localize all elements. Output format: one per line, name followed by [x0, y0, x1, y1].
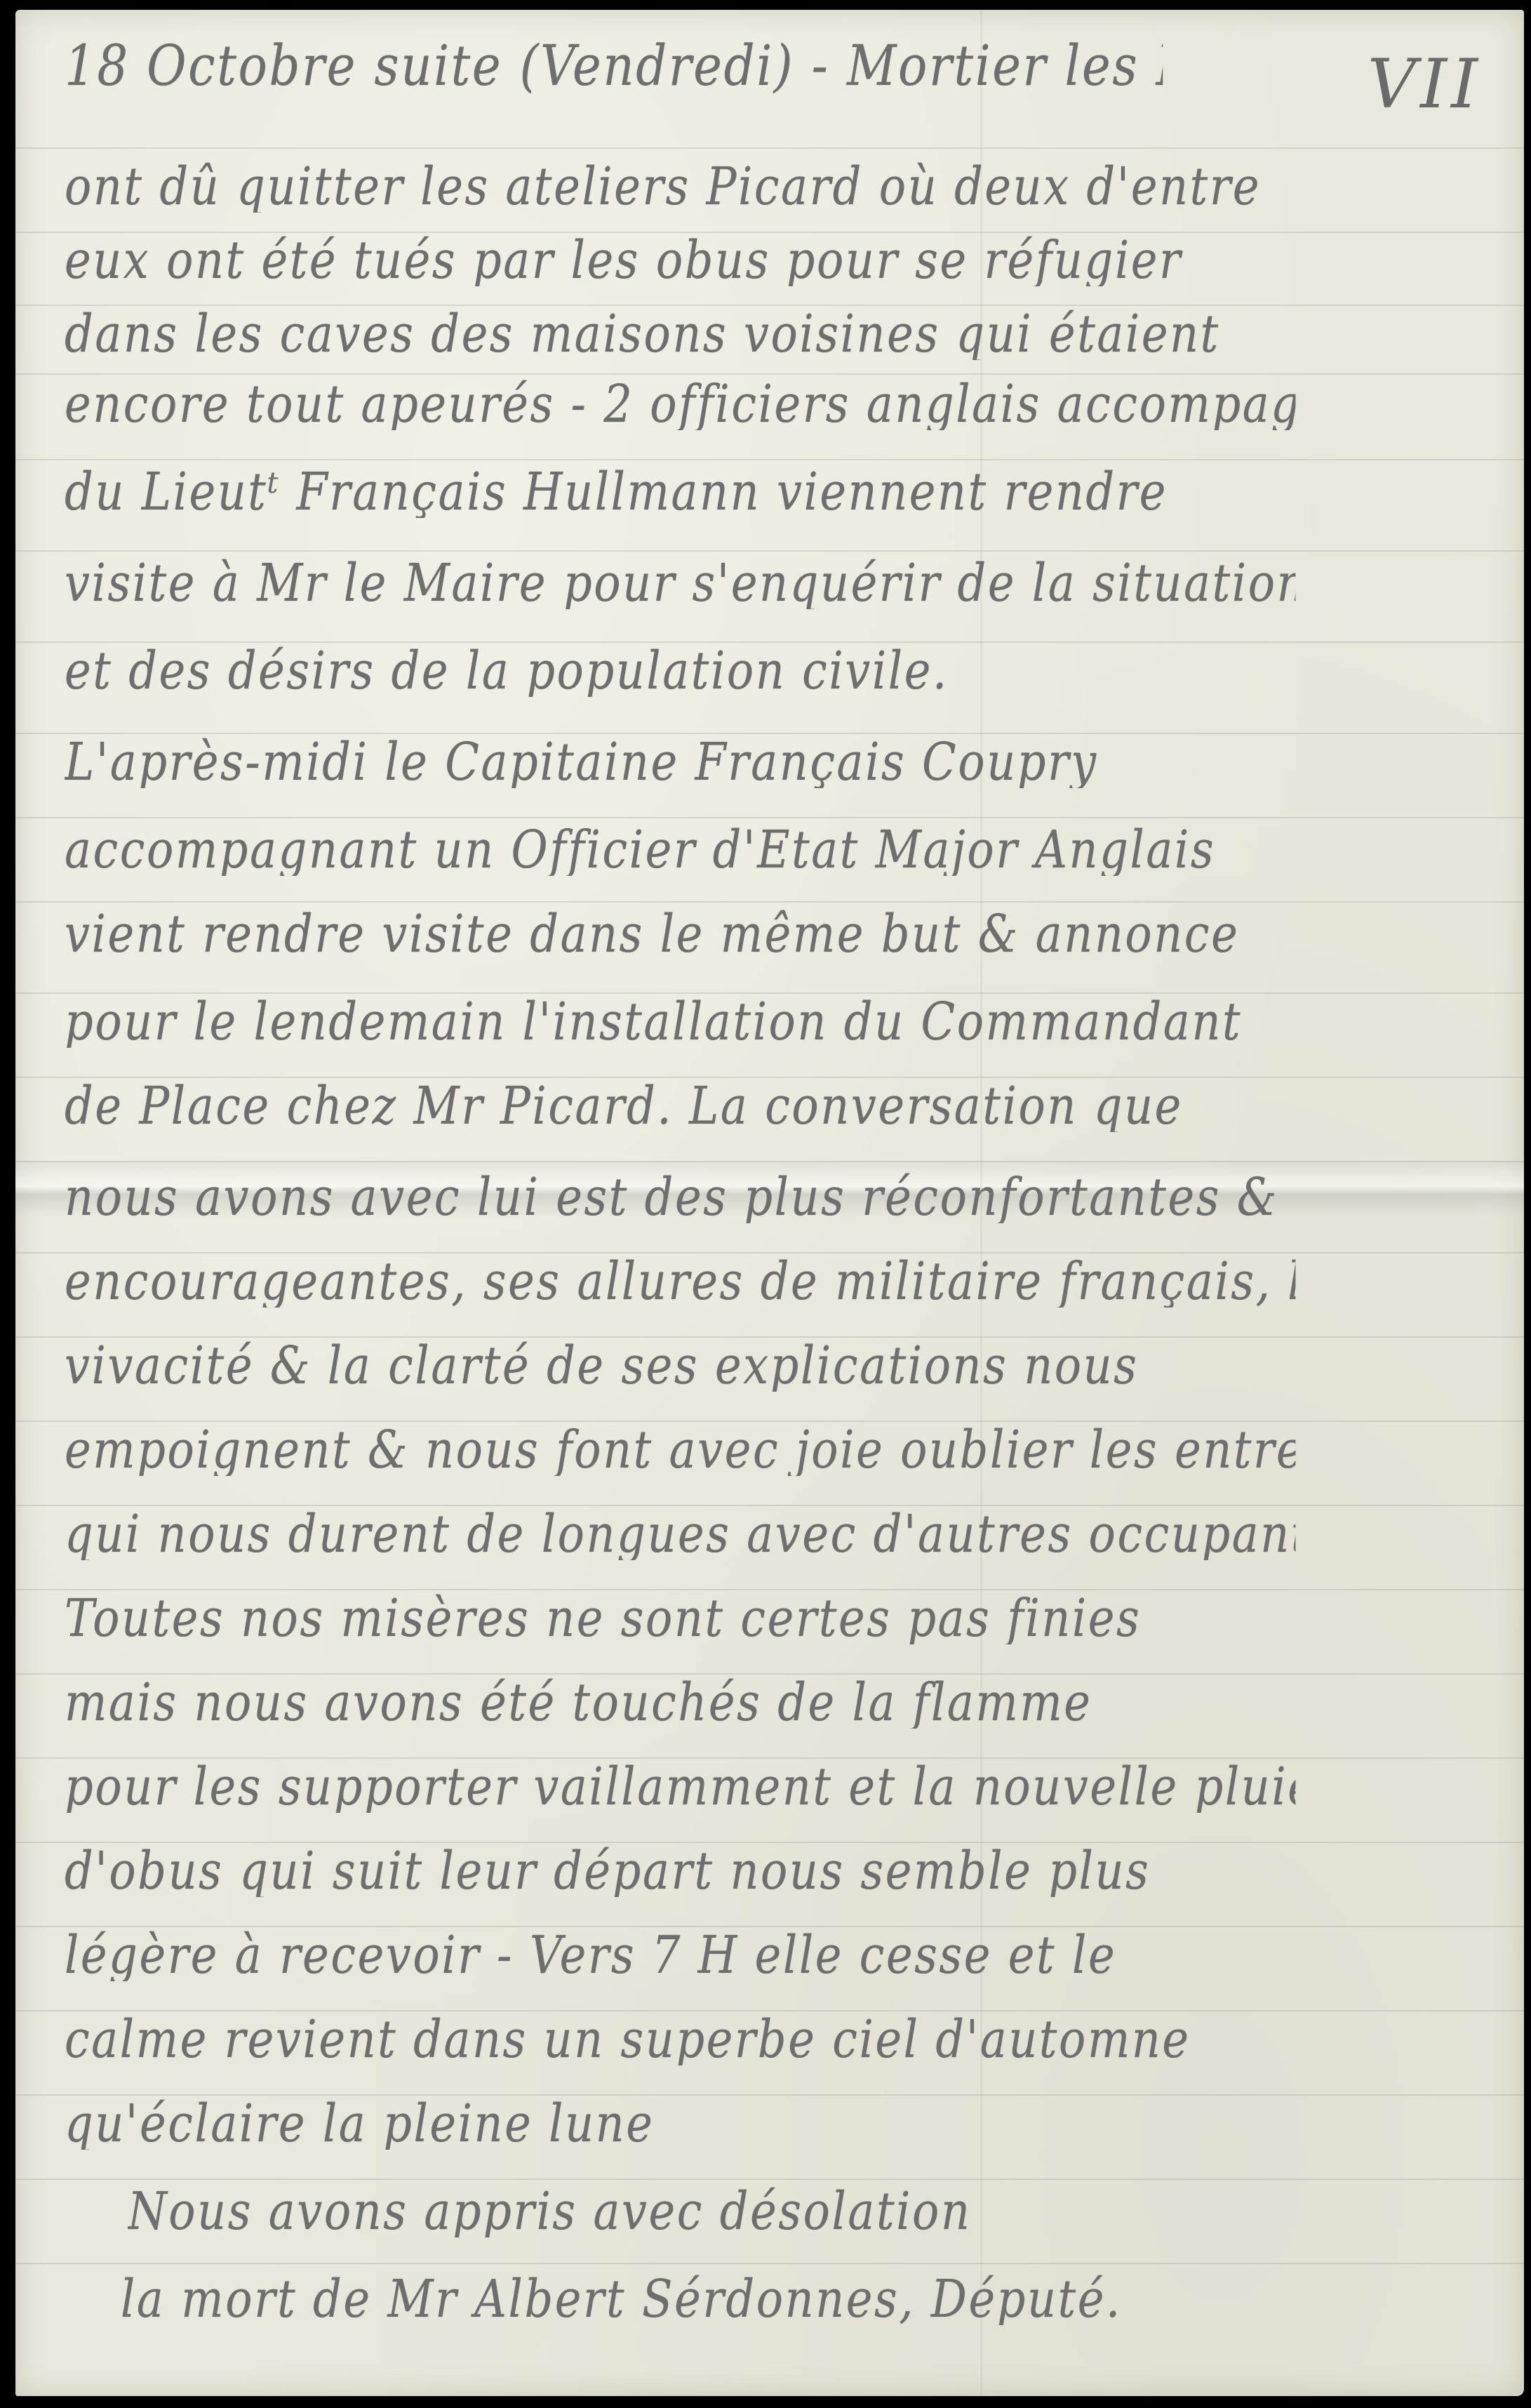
ruled-line: [15, 147, 1524, 149]
text-line: Nous avons appris avec désolation: [128, 2186, 1304, 2237]
ruled-line: [15, 1673, 1524, 1675]
text-line: eux ont été tués par les obus pour se ré…: [65, 234, 1295, 286]
ruled-line: [15, 641, 1524, 643]
ruled-line: [15, 1926, 1524, 1927]
text-line: Toutes nos misères ne sont certes pas fi…: [65, 1592, 1295, 1644]
ruled-line: [15, 1252, 1524, 1253]
text-line: nous avons avec lui est des plus réconfo…: [65, 1171, 1295, 1223]
text-line: et des désirs de la population civile.: [65, 645, 1295, 697]
text-line: visite à Mr le Maire pour s'enquérir de …: [65, 557, 1295, 609]
text-line: pour le lendemain l'installation du Comm…: [65, 996, 1295, 1048]
text-line: ont dû quitter les ateliers Picard où de…: [65, 161, 1295, 213]
ruled-line: [15, 459, 1524, 460]
text-line: encore tout apeurés - 2 officiers anglai…: [65, 378, 1295, 430]
ruled-line: [15, 1842, 1524, 1843]
text-line: accompagnant un Officier d'Etat Major An…: [65, 824, 1295, 876]
ruled-line: [15, 992, 1524, 994]
text-line: légère à recevoir - Vers 7 H elle cesse …: [65, 1929, 1295, 1981]
ruled-line: [15, 373, 1524, 375]
text-line: L'après-midi le Capitaine Français Coupr…: [65, 736, 1295, 788]
ruled-line: [15, 550, 1524, 552]
ruled-line: [15, 2178, 1524, 2180]
text-line: mais nous avons été touchés de la flamme: [65, 1677, 1295, 1729]
text-line: qui nous durent de longues avec d'autres…: [65, 1508, 1295, 1560]
text-line: dans les caves des maisons voisines qui …: [65, 308, 1295, 360]
ruled-line: [15, 817, 1524, 818]
ruled-line: [15, 901, 1524, 903]
text-line: vient rendre visite dans le même but & a…: [65, 908, 1295, 960]
text-line: pour les supporter vaillamment et la nou…: [65, 1761, 1295, 1813]
ruled-line: [15, 1589, 1524, 1590]
text-line: d'obus qui suit leur départ nous semble …: [65, 1845, 1295, 1897]
text-line: encourageantes, ses allures de militaire…: [65, 1256, 1295, 1308]
ruled-line: [15, 1505, 1524, 1506]
page-number: VII: [1368, 45, 1482, 124]
header-date-line: 18 Octobre suite (Vendredi) - Mortier le…: [65, 38, 1163, 94]
ruled-line: [15, 1336, 1524, 1338]
text-line: qu'éclaire la pleine lune: [65, 2098, 1295, 2150]
ruled-line: [15, 1421, 1524, 1422]
ruled-line: [15, 733, 1524, 734]
ruled-line: [15, 232, 1524, 233]
text-line: du Lieutᵗ Français Hullmann viennent ren…: [65, 466, 1295, 518]
text-line: de Place chez Mr Picard. La conversation…: [65, 1080, 1295, 1132]
text-line: la mort de Mr Albert Sérdonnes, Député.: [121, 2273, 1304, 2325]
ruled-line: [15, 2010, 1524, 2011]
ruled-line: [15, 2094, 1524, 2096]
ruled-line: [15, 2263, 1524, 2264]
ruled-line: [15, 305, 1524, 306]
text-line: empoignent & nous font avec joie oublier…: [65, 1424, 1295, 1476]
manuscript-page: VII 18 Octobre suite (Vendredi) - Mortie…: [15, 10, 1524, 2396]
ruled-line: [15, 1077, 1524, 1078]
text-line: vivacité & la clarté de ses explications…: [65, 1340, 1295, 1392]
text-line: calme revient dans un superbe ciel d'aut…: [65, 2014, 1295, 2066]
ruled-line: [15, 1757, 1524, 1759]
